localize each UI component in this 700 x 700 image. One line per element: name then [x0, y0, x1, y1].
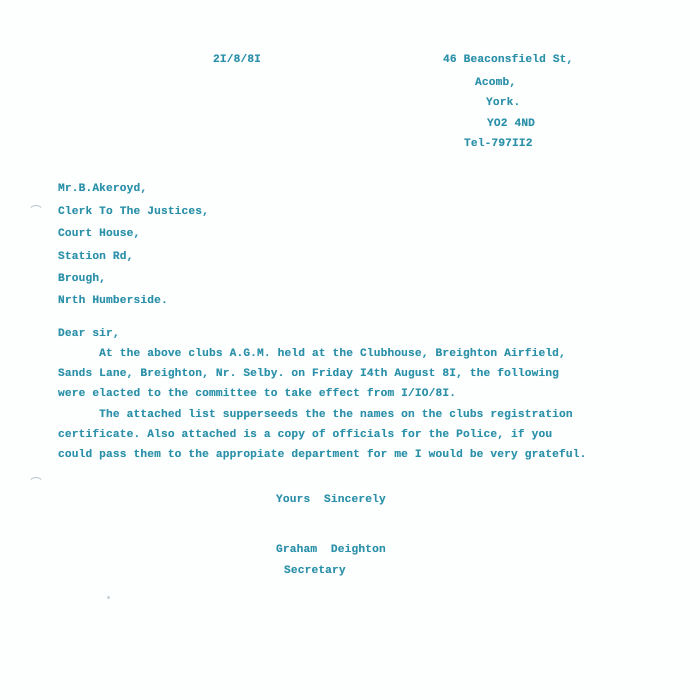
recipient-address-line: Station Rd,: [58, 252, 134, 263]
body-line: At the above clubs A.G.M. held at the Cl…: [58, 349, 566, 360]
body-line: certificate. Also attached is a copy of …: [58, 430, 552, 441]
sender-address-line: York.: [486, 98, 520, 109]
salutation: Dear sir,: [58, 329, 120, 340]
body-line: Sands Lane, Breighton, Nr. Selby. on Fri…: [58, 369, 559, 380]
punch-hole-mark-top: [28, 205, 44, 221]
paper-speck: [107, 596, 110, 599]
body-line: The attached list supperseeds the the na…: [58, 410, 573, 421]
letter-date: 2I/8/8I: [213, 55, 261, 66]
closing: Yours Sincerely: [276, 495, 386, 506]
sender-address-line: YO2 4ND: [487, 119, 535, 130]
body-line: could pass them to the appropiate depart…: [58, 450, 587, 461]
sender-address-line: Tel-797II2: [464, 139, 533, 150]
recipient-address-line: Clerk To The Justices,: [58, 207, 209, 218]
recipient-address-line: Nrth Humberside.: [58, 296, 168, 307]
body-line: were elacted to the committee to take ef…: [58, 389, 456, 400]
sender-address-line: 46 Beaconsfield St,: [443, 55, 573, 66]
punch-hole-mark-bottom: [28, 477, 44, 493]
recipient-address-line: Mr.B.Akeroyd,: [58, 184, 147, 195]
signatory-title: Secretary: [284, 566, 346, 577]
sender-address-line: Acomb,: [475, 78, 516, 89]
recipient-address-line: Court House,: [58, 229, 140, 240]
signatory-name: Graham Deighton: [276, 545, 386, 556]
recipient-address-line: Brough,: [58, 274, 106, 285]
